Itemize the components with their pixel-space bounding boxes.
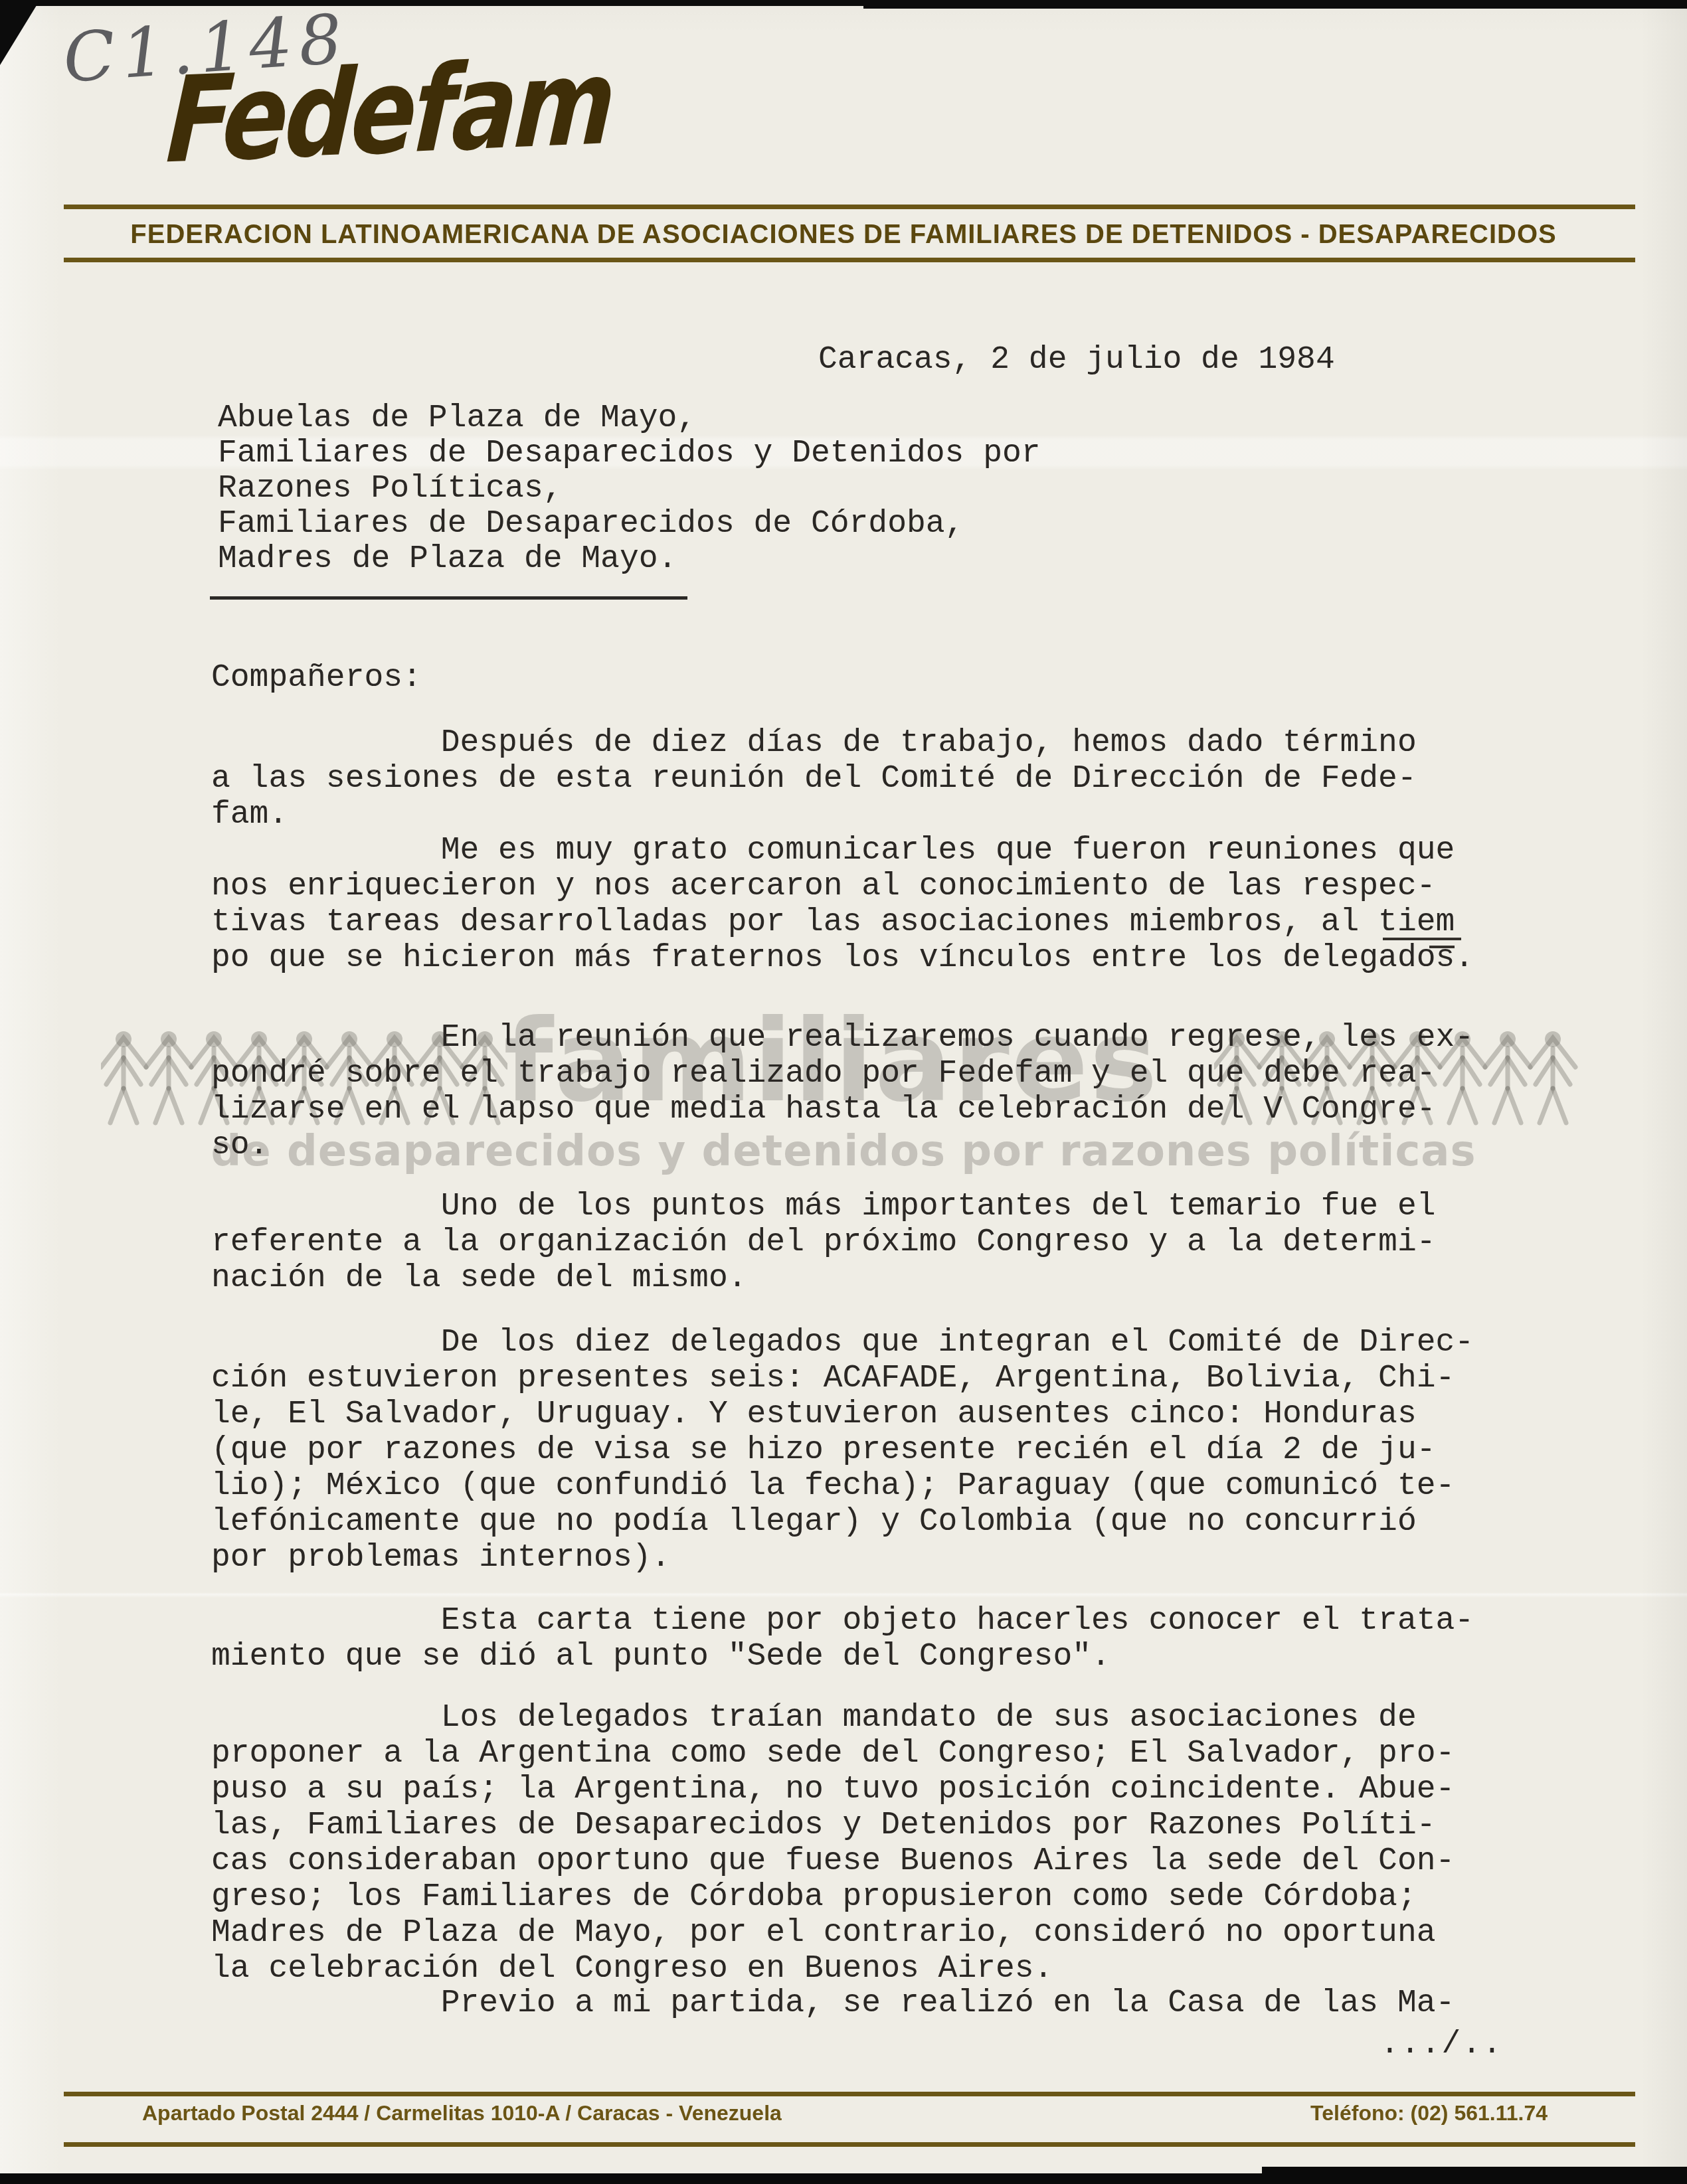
paragraph: De los diez delegados que integran el Co… — [211, 1325, 1474, 1576]
paragraph: Los delegados traían mandato de sus asoc… — [211, 1700, 1455, 1987]
organization-name: FEDERACION LATINOAMERICANA DE ASOCIACION… — [0, 220, 1687, 250]
recipients-underline — [210, 596, 687, 600]
footer-phone: Teléfono: (02) 561.11.74 — [1310, 2101, 1548, 2126]
recipients-block: Abuelas de Plaza de Mayo, Familiares de … — [218, 401, 1041, 577]
date-line: Caracas, 2 de julio de 1984 — [818, 342, 1335, 378]
scan-edge-artifact — [863, 0, 1687, 9]
paragraph: Uno de los puntos más importantes del te… — [211, 1189, 1436, 1296]
page-continuation-mark: .../.. — [1380, 2027, 1503, 2062]
paragraph: En la reunión que realizaremos cuando re… — [211, 1020, 1474, 1163]
paragraph: Esta carta tiene por objeto hacerles con… — [211, 1603, 1474, 1675]
letterhead-rule-top — [64, 205, 1635, 209]
letterhead-rule-bottom — [64, 258, 1635, 262]
footer-address: Apartado Postal 2444 / Carmelitas 1010-A… — [142, 2101, 782, 2126]
paragraph: Después de diez días de trabajo, hemos d… — [211, 725, 1417, 833]
paragraph: Previo a mi partida, se realizó en la Ca… — [211, 1985, 1455, 2021]
fedefam-logo: Fedefam — [163, 33, 616, 189]
scan-edge-artifact — [1262, 2167, 1687, 2184]
scanned-letter-page: familiares de desaparecidos y detenidos … — [0, 0, 1687, 2184]
paragraph: Me es muy grato comunicarles que fueron … — [211, 833, 1474, 976]
scan-edge-artifact — [0, 0, 40, 65]
salutation: Compañeros: — [211, 660, 422, 696]
typo-overline-artifact — [1429, 946, 1455, 948]
footer-rule-bottom — [64, 2142, 1635, 2147]
footer-rule-top — [64, 2092, 1635, 2096]
hyphenation-underline-artifact — [1383, 938, 1461, 940]
